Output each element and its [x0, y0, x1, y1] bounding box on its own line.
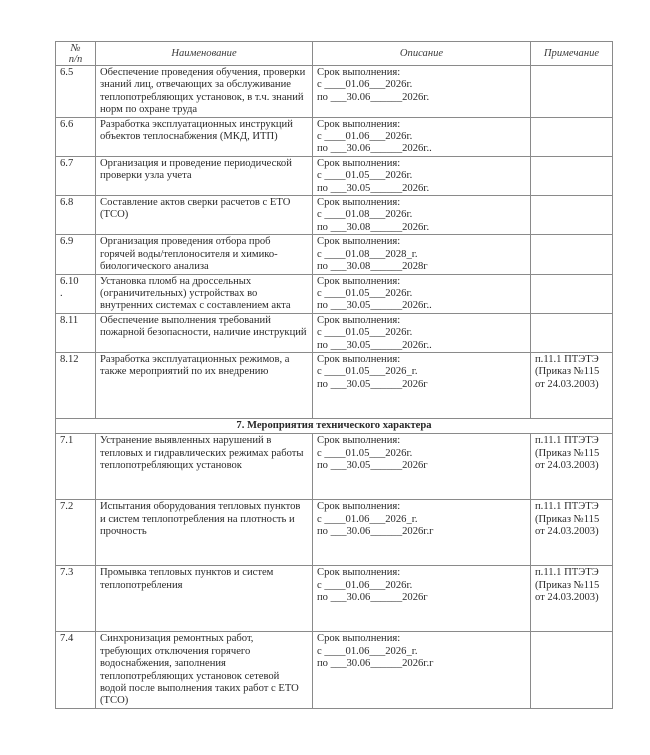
deadline-label: Срок выполнения:	[317, 276, 526, 288]
row-name: Разработка эксплуатационных инструкций о…	[96, 117, 313, 156]
row-name: Организация проведения отбора проб горяч…	[96, 235, 313, 274]
deadline-start: с ____01.06___2026г.	[317, 580, 526, 592]
table-row: 6.7Организация и проведение периодическо…	[56, 156, 613, 195]
table-row: 7.3Промывка тепловых пунктов и систем те…	[56, 566, 613, 632]
header-name: Наименование	[96, 42, 313, 66]
row-note	[531, 196, 613, 235]
row-description: Срок выполнения:с ____01.05___2026г.по _…	[313, 274, 531, 313]
deadline-label: Срок выполнения:	[317, 315, 526, 327]
row-description: Срок выполнения:с ____01.08___2026г.по _…	[313, 196, 531, 235]
deadline-start: с ____01.06___2026г.	[317, 79, 526, 91]
row-description: Срок выполнения:с ____01.05___2026г.по _…	[313, 313, 531, 352]
header-note: Примечание	[531, 42, 613, 66]
row-name: Обеспечение выполнения требований пожарн…	[96, 313, 313, 352]
table-row: 6.6Разработка эксплуатационных инструкци…	[56, 117, 613, 156]
deadline-end: по ___30.05______2026г..	[317, 340, 526, 352]
row-number: 7.1	[56, 434, 96, 500]
deadline-start: с ____01.05___2026г.	[317, 448, 526, 460]
section-heading-row: 7. Мероприятия технического характера	[56, 418, 613, 433]
row-number: 6.9	[56, 235, 96, 274]
row-note	[531, 235, 613, 274]
table-row: 7.1Устранение выявленных нарушений в теп…	[56, 434, 613, 500]
row-description: Срок выполнения:с ____01.06___2026_г.по …	[313, 500, 531, 566]
row-name: Синхронизация ремонтных работ, требующих…	[96, 632, 313, 708]
deadline-label: Срок выполнения:	[317, 119, 526, 131]
row-name: Промывка тепловых пунктов и систем тепло…	[96, 566, 313, 632]
deadline-label: Срок выполнения:	[317, 501, 526, 513]
row-name: Разработка эксплуатационных режимов, а т…	[96, 352, 313, 418]
row-description: Срок выполнения:с ____01.08___2028_г.по …	[313, 235, 531, 274]
deadline-end: по ___30.06______2026г..	[317, 143, 526, 155]
deadline-label: Срок выполнения:	[317, 567, 526, 579]
deadline-end: по ___30.08______2026г.	[317, 222, 526, 234]
deadline-end: по ___30.06______2026г.	[317, 92, 526, 104]
row-number: 6.5	[56, 66, 96, 118]
row-number: 8.12	[56, 352, 96, 418]
row-description: Срок выполнения:с ____01.06___2026г.по _…	[313, 66, 531, 118]
row-number: 7.2	[56, 500, 96, 566]
row-note: п.11.1 ПТЭТЭ (Приказ №115 от 24.03.2003)	[531, 500, 613, 566]
deadline-end: по ___30.08______2028г	[317, 261, 526, 273]
row-note: п.11.1 ПТЭТЭ (Приказ №115 от 24.03.2003)	[531, 434, 613, 500]
table-row: 6.8Составление актов сверки расчетов с Е…	[56, 196, 613, 235]
deadline-start: с ____01.05___2026г.	[317, 170, 526, 182]
row-note	[531, 274, 613, 313]
row-description: Срок выполнения:с ____01.06___2026_г.по …	[313, 632, 531, 708]
row-name: Обеспечение проведения обучения, проверк…	[96, 66, 313, 118]
row-description: Срок выполнения:с ____01.06___2026г.по _…	[313, 566, 531, 632]
deadline-start: с ____01.05___2026г.	[317, 327, 526, 339]
row-number: 8.11	[56, 313, 96, 352]
row-note: п.11.1 ПТЭТЭ (Приказ №115 от 24.03.2003)	[531, 352, 613, 418]
table-row: 8.12Разработка эксплуатационных режимов,…	[56, 352, 613, 418]
deadline-label: Срок выполнения:	[317, 197, 526, 209]
table-row: 6.10 .Установка пломб на дроссельных (ог…	[56, 274, 613, 313]
row-description: Срок выполнения:с ____01.05___2026г.по _…	[313, 434, 531, 500]
deadline-start: с ____01.08___2026г.	[317, 209, 526, 221]
row-number: 7.3	[56, 566, 96, 632]
row-note	[531, 632, 613, 708]
row-description: Срок выполнения:с ____01.05___2026_г.по …	[313, 352, 531, 418]
deadline-start: с ____01.06___2026_г.	[317, 514, 526, 526]
deadline-label: Срок выполнения:	[317, 158, 526, 170]
deadline-end: по ___30.05______2026г	[317, 379, 526, 391]
header-desc: Описание	[313, 42, 531, 66]
table-row: 6.9Организация проведения отбора проб го…	[56, 235, 613, 274]
row-number: 6.6	[56, 117, 96, 156]
deadline-end: по ___30.06______2026г	[317, 592, 526, 604]
table-header: № п/п Наименование Описание Примечание	[56, 42, 613, 66]
row-note	[531, 117, 613, 156]
row-description: Срок выполнения:с ____01.05___2026г.по _…	[313, 156, 531, 195]
deadline-end: по ___30.06______2026г.г	[317, 658, 526, 670]
deadline-end: по ___30.05______2026г..	[317, 300, 526, 312]
deadline-end: по ___30.05______2026г.	[317, 183, 526, 195]
row-name: Испытания оборудования тепловых пунктов …	[96, 500, 313, 566]
row-number: 6.8	[56, 196, 96, 235]
deadline-start: с ____01.08___2028_г.	[317, 249, 526, 261]
row-description: Срок выполнения:с ____01.06___2026г.по _…	[313, 117, 531, 156]
row-note	[531, 156, 613, 195]
deadline-start: с ____01.06___2026г.	[317, 131, 526, 143]
deadline-label: Срок выполнения:	[317, 435, 526, 447]
deadline-label: Срок выполнения:	[317, 67, 526, 79]
section-title: 7. Мероприятия технического характера	[56, 418, 613, 433]
table-row: 8.11Обеспечение выполнения требований по…	[56, 313, 613, 352]
row-name: Составление актов сверки расчетов с ЕТО …	[96, 196, 313, 235]
row-note: п.11.1 ПТЭТЭ (Приказ №115 от 24.03.2003)	[531, 566, 613, 632]
row-note	[531, 66, 613, 118]
deadline-end: по ___30.06______2026г.г	[317, 526, 526, 538]
deadline-start: с ____01.05___2026г.	[317, 288, 526, 300]
measures-table: № п/п Наименование Описание Примечание 6…	[55, 41, 613, 709]
deadline-label: Срок выполнения:	[317, 354, 526, 366]
header-num: № п/п	[56, 42, 96, 66]
row-number: 6.7	[56, 156, 96, 195]
row-name: Устранение выявленных нарушений в теплов…	[96, 434, 313, 500]
table-row: 7.2Испытания оборудования тепловых пункт…	[56, 500, 613, 566]
row-note	[531, 313, 613, 352]
deadline-start: с ____01.06___2026_г.	[317, 646, 526, 658]
deadline-end: по ___30.05______2026г	[317, 460, 526, 472]
row-number: 7.4	[56, 632, 96, 708]
row-number: 6.10 .	[56, 274, 96, 313]
row-name: Организация и проведение периодической п…	[96, 156, 313, 195]
deadline-start: с ____01.05___2026_г.	[317, 366, 526, 378]
table-row: 6.5Обеспечение проведения обучения, пров…	[56, 66, 613, 118]
deadline-label: Срок выполнения:	[317, 633, 526, 645]
deadline-label: Срок выполнения:	[317, 236, 526, 248]
table-row: 7.4Синхронизация ремонтных работ, требую…	[56, 632, 613, 708]
row-name: Установка пломб на дроссельных (ограничи…	[96, 274, 313, 313]
